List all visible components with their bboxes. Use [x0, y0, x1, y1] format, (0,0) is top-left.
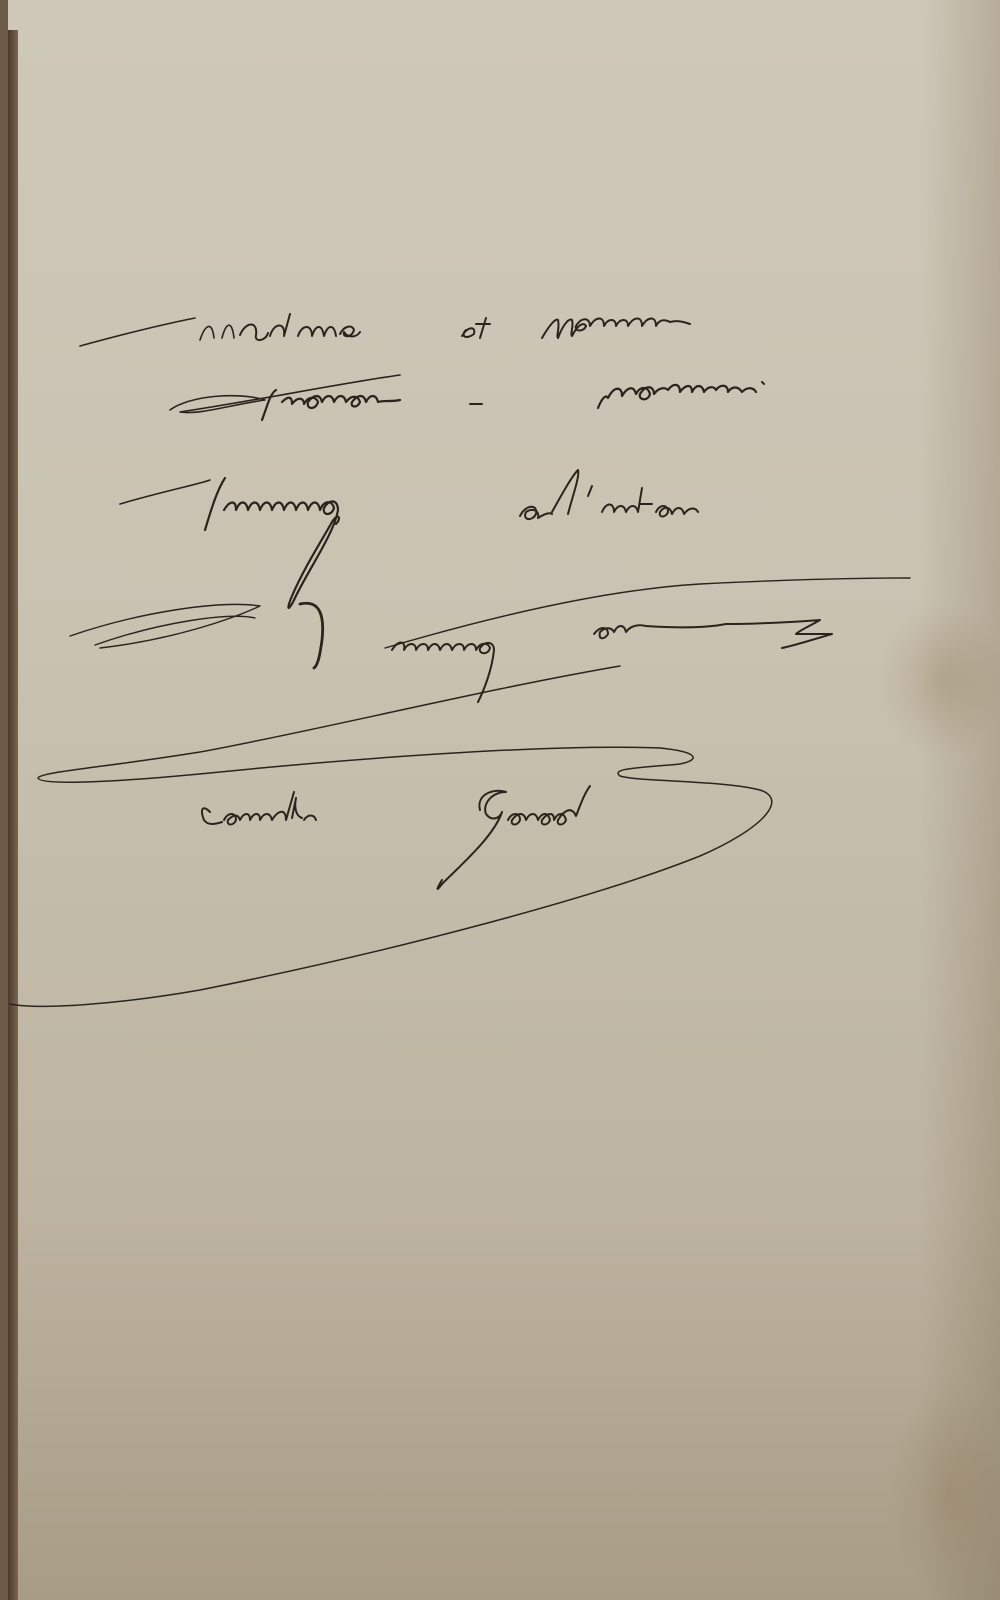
flyleaf-page: Madame et Monsieur Froment-Meurice homma…	[8, 0, 1000, 1600]
handwriting-ink	[8, 0, 1000, 1600]
